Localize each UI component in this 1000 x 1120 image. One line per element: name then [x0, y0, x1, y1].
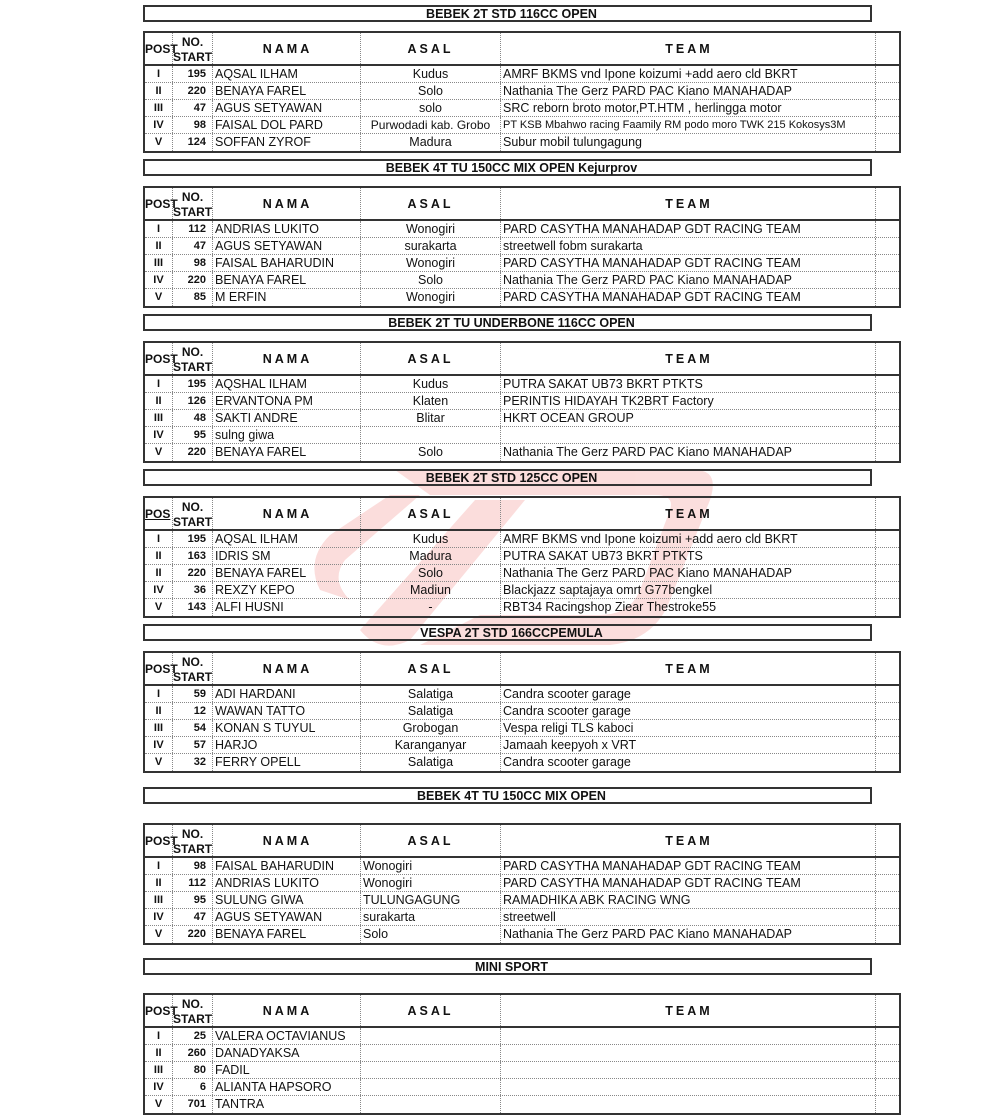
section-title-text: VESPA 2T STD 166CCPEMULA: [420, 626, 603, 640]
team-cell: PERINTIS HIDAYAH TK2BRT Factory: [501, 393, 875, 409]
header-no-start: NO. START: [173, 343, 213, 374]
section-title: BEBEK 4T TU 150CC MIX OPEN: [143, 787, 872, 804]
position-cell: V: [145, 1096, 173, 1113]
team-cell: RBT34 Racingshop Ziear Thestroke55: [501, 599, 875, 616]
position-cell: II: [145, 875, 173, 891]
empty-cell: [875, 565, 899, 581]
section-title: BEBEK 2T STD 116CC OPEN: [143, 5, 872, 22]
header-asal: ASAL: [361, 995, 501, 1026]
header-no-start: NO. START: [173, 825, 213, 856]
position-cell: I: [145, 376, 173, 392]
rider-name-cell: ADI HARDANI: [213, 686, 361, 702]
empty-cell: [875, 255, 899, 271]
origin-cell: [361, 1062, 501, 1078]
result-row: IV 57 HARJO Karanganyar Jamaah keepyoh x…: [145, 737, 899, 754]
results-table: POSTNO. STARTNAMAASALTEAM I 195 AQSHAL I…: [143, 341, 901, 463]
result-row: II 12 WAWAN TATTO Salatiga Candra scoote…: [145, 703, 899, 720]
empty-cell: [875, 427, 899, 443]
result-row: I 195 AQSAL ILHAM Kudus AMRF BKMS vnd Ip…: [145, 531, 899, 548]
rider-name-cell: WAWAN TATTO: [213, 703, 361, 719]
origin-cell: Purwodadi kab. Grobo: [361, 117, 501, 133]
table-header-row: POSTNO. STARTNAMAASALTEAM: [145, 188, 899, 221]
start-number-cell: 112: [173, 221, 213, 237]
header-asal: ASAL: [361, 498, 501, 529]
start-number-cell: 126: [173, 393, 213, 409]
position-cell: V: [145, 926, 173, 943]
result-row: II 220 BENAYA FAREL Solo Nathania The Ge…: [145, 83, 899, 100]
empty-cell: [875, 926, 899, 943]
header-asal: ASAL: [361, 33, 501, 64]
rider-name-cell: AGUS SETYAWAN: [213, 238, 361, 254]
header-asal: ASAL: [361, 653, 501, 684]
header-team: TEAM: [501, 498, 875, 529]
result-row: II 47 AGUS SETYAWAN surakarta streetwell…: [145, 238, 899, 255]
origin-cell: Karanganyar: [361, 737, 501, 753]
origin-cell: Kudus: [361, 376, 501, 392]
rider-name-cell: SAKTI ANDRE: [213, 410, 361, 426]
section-title-text: BEBEK 4T TU 150CC MIX OPEN Kejurprov: [386, 161, 637, 175]
result-row: V 701 TANTRA: [145, 1096, 899, 1113]
header-no-start: NO. START: [173, 995, 213, 1026]
result-row: IV 98 FAISAL DOL PARD Purwodadi kab. Gro…: [145, 117, 899, 134]
team-cell: PARD CASYTHA MANAHADAP GDT RACING TEAM: [501, 255, 875, 271]
start-number-cell: 95: [173, 427, 213, 443]
position-cell: V: [145, 134, 173, 151]
table-header-row: POSTNO. STARTNAMAASALTEAM: [145, 653, 899, 686]
origin-cell: Madura: [361, 134, 501, 151]
rider-name-cell: AGUS SETYAWAN: [213, 909, 361, 925]
start-number-cell: 12: [173, 703, 213, 719]
origin-cell: solo: [361, 100, 501, 116]
header-team: TEAM: [501, 33, 875, 64]
team-cell: Candra scooter garage: [501, 686, 875, 702]
start-number-cell: 98: [173, 117, 213, 133]
start-number-cell: 47: [173, 238, 213, 254]
header-team: TEAM: [501, 188, 875, 219]
empty-cell: [875, 221, 899, 237]
rider-name-cell: ERVANTONA PM: [213, 393, 361, 409]
team-cell: [501, 1096, 875, 1113]
origin-cell: Solo: [361, 565, 501, 581]
rider-name-cell: TANTRA: [213, 1096, 361, 1113]
result-row: II 112 ANDRIAS LUKITO Wonogiri PARD CASY…: [145, 875, 899, 892]
result-row: V 85 M ERFIN Wonogiri PARD CASYTHA MANAH…: [145, 289, 899, 306]
results-table: POSTNO. STARTNAMAASALTEAM I 112 ANDRIAS …: [143, 186, 901, 308]
rider-name-cell: BENAYA FAREL: [213, 272, 361, 288]
team-cell: Nathania The Gerz PARD PAC Kiano MANAHAD…: [501, 926, 875, 943]
rider-name-cell: FAISAL DOL PARD: [213, 117, 361, 133]
origin-cell: Solo: [361, 272, 501, 288]
empty-cell: [875, 892, 899, 908]
team-cell: Nathania The Gerz PARD PAC Kiano MANAHAD…: [501, 565, 875, 581]
result-row: IV 220 BENAYA FAREL Solo Nathania The Ge…: [145, 272, 899, 289]
rider-name-cell: ALFI HUSNI: [213, 599, 361, 616]
team-cell: [501, 1028, 875, 1044]
rider-name-cell: ANDRIAS LUKITO: [213, 875, 361, 891]
section-title: BEBEK 4T TU 150CC MIX OPEN Kejurprov: [143, 159, 872, 176]
team-cell: Vespa religi TLS kaboci: [501, 720, 875, 736]
result-row: IV 95 sulng giwa: [145, 427, 899, 444]
position-cell: II: [145, 1045, 173, 1061]
team-cell: streetwell fobm surakarta: [501, 238, 875, 254]
team-cell: PARD CASYTHA MANAHADAP GDT RACING TEAM: [501, 289, 875, 306]
rider-name-cell: sulng giwa: [213, 427, 361, 443]
origin-cell: [361, 1045, 501, 1061]
origin-cell: Wonogiri: [361, 875, 501, 891]
header-empty-cell: [875, 653, 899, 684]
empty-cell: [875, 100, 899, 116]
header-pos: POST: [145, 825, 173, 856]
team-cell: AMRF BKMS vnd Ipone koizumi +add aero cl…: [501, 66, 875, 82]
team-cell: [501, 427, 875, 443]
start-number-cell: 36: [173, 582, 213, 598]
rider-name-cell: FAISAL BAHARUDIN: [213, 255, 361, 271]
start-number-cell: 195: [173, 531, 213, 547]
empty-cell: [875, 703, 899, 719]
table-header-row: POSNO. STARTNAMAASALTEAM: [145, 498, 899, 531]
origin-cell: Salatiga: [361, 686, 501, 702]
team-cell: HKRT OCEAN GROUP: [501, 410, 875, 426]
empty-cell: [875, 1079, 899, 1095]
rider-name-cell: AQSAL ILHAM: [213, 66, 361, 82]
position-cell: V: [145, 289, 173, 306]
rider-name-cell: AQSAL ILHAM: [213, 531, 361, 547]
team-cell: Candra scooter garage: [501, 754, 875, 771]
rider-name-cell: AQSHAL ILHAM: [213, 376, 361, 392]
team-cell: PUTRA SAKAT UB73 BKRT PTKTS: [501, 376, 875, 392]
header-nama: NAMA: [213, 498, 361, 529]
empty-cell: [875, 531, 899, 547]
rider-name-cell: KONAN S TUYUL: [213, 720, 361, 736]
header-team: TEAM: [501, 995, 875, 1026]
header-empty-cell: [875, 343, 899, 374]
header-empty-cell: [875, 188, 899, 219]
origin-cell: Solo: [361, 444, 501, 461]
origin-cell: TULUNGAGUNG: [361, 892, 501, 908]
result-row: IV 36 REXZY KEPO Madiun Blackjazz saptaj…: [145, 582, 899, 599]
origin-cell: [361, 1079, 501, 1095]
empty-cell: [875, 582, 899, 598]
origin-cell: Kudus: [361, 531, 501, 547]
header-team: TEAM: [501, 343, 875, 374]
header-nama: NAMA: [213, 188, 361, 219]
header-empty-cell: [875, 995, 899, 1026]
header-pos: POST: [145, 33, 173, 64]
header-nama: NAMA: [213, 33, 361, 64]
empty-cell: [875, 393, 899, 409]
team-cell: [501, 1045, 875, 1061]
rider-name-cell: BENAYA FAREL: [213, 83, 361, 99]
start-number-cell: 220: [173, 926, 213, 943]
origin-cell: surakarta: [361, 909, 501, 925]
team-cell: PARD CASYTHA MANAHADAP GDT RACING TEAM: [501, 875, 875, 891]
team-cell: PT KSB Mbahwo racing Faamily RM podo mor…: [501, 117, 875, 133]
team-cell: Nathania The Gerz PARD PAC Kiano MANAHAD…: [501, 444, 875, 461]
result-row: V 124 SOFFAN ZYROF Madura Subur mobil tu…: [145, 134, 899, 151]
origin-cell: [361, 1028, 501, 1044]
rider-name-cell: DANADYAKSA: [213, 1045, 361, 1061]
empty-cell: [875, 117, 899, 133]
team-cell: [501, 1062, 875, 1078]
result-row: II 126 ERVANTONA PM Klaten PERINTIS HIDA…: [145, 393, 899, 410]
results-sheet: BEBEK 2T STD 116CC OPENPOSTNO. STARTNAMA…: [0, 0, 1000, 1120]
position-cell: III: [145, 410, 173, 426]
rider-name-cell: BENAYA FAREL: [213, 926, 361, 943]
origin-cell: Salatiga: [361, 754, 501, 771]
position-cell: V: [145, 444, 173, 461]
start-number-cell: 260: [173, 1045, 213, 1061]
position-cell: I: [145, 858, 173, 874]
position-cell: IV: [145, 737, 173, 753]
results-table: POSTNO. STARTNAMAASALTEAM I 25 VALERA OC…: [143, 993, 901, 1115]
rider-name-cell: SOFFAN ZYROF: [213, 134, 361, 151]
empty-cell: [875, 858, 899, 874]
header-asal: ASAL: [361, 825, 501, 856]
team-cell: PUTRA SAKAT UB73 BKRT PTKTS: [501, 548, 875, 564]
start-number-cell: 112: [173, 875, 213, 891]
start-number-cell: 98: [173, 255, 213, 271]
result-row: III 48 SAKTI ANDRE Blitar HKRT OCEAN GRO…: [145, 410, 899, 427]
table-header-row: POSTNO. STARTNAMAASALTEAM: [145, 825, 899, 858]
origin-cell: Wonogiri: [361, 255, 501, 271]
position-cell: I: [145, 221, 173, 237]
start-number-cell: 80: [173, 1062, 213, 1078]
result-row: I 59 ADI HARDANI Salatiga Candra scooter…: [145, 686, 899, 703]
origin-cell: Wonogiri: [361, 221, 501, 237]
position-cell: IV: [145, 427, 173, 443]
position-cell: III: [145, 255, 173, 271]
start-number-cell: 25: [173, 1028, 213, 1044]
results-table: POSTNO. STARTNAMAASALTEAM I 98 FAISAL BA…: [143, 823, 901, 945]
team-cell: Nathania The Gerz PARD PAC Kiano MANAHAD…: [501, 83, 875, 99]
rider-name-cell: ALIANTA HAPSORO: [213, 1079, 361, 1095]
position-cell: IV: [145, 582, 173, 598]
empty-cell: [875, 1062, 899, 1078]
origin-cell: Salatiga: [361, 703, 501, 719]
result-row: I 25 VALERA OCTAVIANUS: [145, 1028, 899, 1045]
position-cell: II: [145, 548, 173, 564]
rider-name-cell: FADIL: [213, 1062, 361, 1078]
header-pos: POST: [145, 653, 173, 684]
header-pos: POST: [145, 188, 173, 219]
empty-cell: [875, 1096, 899, 1113]
rider-name-cell: AGUS SETYAWAN: [213, 100, 361, 116]
position-cell: IV: [145, 909, 173, 925]
position-cell: I: [145, 531, 173, 547]
header-no-start: NO. START: [173, 498, 213, 529]
team-cell: PARD CASYTHA MANAHADAP GDT RACING TEAM: [501, 221, 875, 237]
result-row: IV 47 AGUS SETYAWAN surakarta streetwell: [145, 909, 899, 926]
origin-cell: [361, 427, 501, 443]
header-pos: POST: [145, 995, 173, 1026]
start-number-cell: 54: [173, 720, 213, 736]
result-row: V 220 BENAYA FAREL Solo Nathania The Ger…: [145, 444, 899, 461]
start-number-cell: 47: [173, 100, 213, 116]
result-row: III 98 FAISAL BAHARUDIN Wonogiri PARD CA…: [145, 255, 899, 272]
start-number-cell: 6: [173, 1079, 213, 1095]
section-title: VESPA 2T STD 166CCPEMULA: [143, 624, 872, 641]
rider-name-cell: SULUNG GIWA: [213, 892, 361, 908]
start-number-cell: 220: [173, 272, 213, 288]
start-number-cell: 195: [173, 376, 213, 392]
position-cell: II: [145, 238, 173, 254]
origin-cell: Madura: [361, 548, 501, 564]
start-number-cell: 85: [173, 289, 213, 306]
team-cell: Candra scooter garage: [501, 703, 875, 719]
start-number-cell: 701: [173, 1096, 213, 1113]
origin-cell: Grobogan: [361, 720, 501, 736]
empty-cell: [875, 875, 899, 891]
empty-cell: [875, 83, 899, 99]
result-row: II 220 BENAYA FAREL Solo Nathania The Ge…: [145, 565, 899, 582]
start-number-cell: 47: [173, 909, 213, 925]
team-cell: Jamaah keepyoh x VRT: [501, 737, 875, 753]
position-cell: IV: [145, 1079, 173, 1095]
result-row: III 54 KONAN S TUYUL Grobogan Vespa reli…: [145, 720, 899, 737]
start-number-cell: 98: [173, 858, 213, 874]
header-team: TEAM: [501, 825, 875, 856]
empty-cell: [875, 289, 899, 306]
header-asal: ASAL: [361, 188, 501, 219]
origin-cell: Solo: [361, 926, 501, 943]
start-number-cell: 220: [173, 83, 213, 99]
result-row: I 112 ANDRIAS LUKITO Wonogiri PARD CASYT…: [145, 221, 899, 238]
result-row: I 195 AQSHAL ILHAM Kudus PUTRA SAKAT UB7…: [145, 376, 899, 393]
position-cell: III: [145, 100, 173, 116]
empty-cell: [875, 754, 899, 771]
header-no-start: NO. START: [173, 33, 213, 64]
position-cell: I: [145, 686, 173, 702]
result-row: V 32 FERRY OPELL Salatiga Candra scooter…: [145, 754, 899, 771]
section-title: BEBEK 2T STD 125CC OPEN: [143, 469, 872, 486]
origin-cell: Madiun: [361, 582, 501, 598]
header-nama: NAMA: [213, 995, 361, 1026]
team-cell: PARD CASYTHA MANAHADAP GDT RACING TEAM: [501, 858, 875, 874]
team-cell: AMRF BKMS vnd Ipone koizumi +add aero cl…: [501, 531, 875, 547]
position-cell: I: [145, 66, 173, 82]
rider-name-cell: M ERFIN: [213, 289, 361, 306]
team-cell: RAMADHIKA ABK RACING WNG: [501, 892, 875, 908]
table-header-row: POSTNO. STARTNAMAASALTEAM: [145, 343, 899, 376]
empty-cell: [875, 238, 899, 254]
start-number-cell: 32: [173, 754, 213, 771]
empty-cell: [875, 410, 899, 426]
position-cell: II: [145, 83, 173, 99]
result-row: II 163 IDRIS SM Madura PUTRA SAKAT UB73 …: [145, 548, 899, 565]
start-number-cell: 57: [173, 737, 213, 753]
section-title-text: BEBEK 2T STD 116CC OPEN: [426, 7, 597, 21]
start-number-cell: 48: [173, 410, 213, 426]
header-nama: NAMA: [213, 343, 361, 374]
position-cell: I: [145, 1028, 173, 1044]
origin-cell: Blitar: [361, 410, 501, 426]
empty-cell: [875, 720, 899, 736]
rider-name-cell: VALERA OCTAVIANUS: [213, 1028, 361, 1044]
start-number-cell: 124: [173, 134, 213, 151]
result-row: III 47 AGUS SETYAWAN solo SRC reborn bro…: [145, 100, 899, 117]
start-number-cell: 163: [173, 548, 213, 564]
header-no-start: NO. START: [173, 188, 213, 219]
origin-cell: Solo: [361, 83, 501, 99]
result-row: V 220 BENAYA FAREL Solo Nathania The Ger…: [145, 926, 899, 943]
start-number-cell: 95: [173, 892, 213, 908]
origin-cell: Klaten: [361, 393, 501, 409]
team-cell: streetwell: [501, 909, 875, 925]
empty-cell: [875, 66, 899, 82]
header-pos: POS: [145, 498, 173, 529]
position-cell: III: [145, 1062, 173, 1078]
empty-cell: [875, 686, 899, 702]
empty-cell: [875, 1028, 899, 1044]
section-title: MINI SPORT: [143, 958, 872, 975]
empty-cell: [875, 1045, 899, 1061]
header-asal: ASAL: [361, 343, 501, 374]
position-cell: III: [145, 892, 173, 908]
start-number-cell: 143: [173, 599, 213, 616]
position-cell: III: [145, 720, 173, 736]
header-nama: NAMA: [213, 825, 361, 856]
start-number-cell: 220: [173, 565, 213, 581]
team-cell: Subur mobil tulungagung: [501, 134, 875, 151]
empty-cell: [875, 376, 899, 392]
position-cell: II: [145, 703, 173, 719]
results-table: POSNO. STARTNAMAASALTEAM I 195 AQSAL ILH…: [143, 496, 901, 618]
rider-name-cell: ANDRIAS LUKITO: [213, 221, 361, 237]
origin-cell: -: [361, 599, 501, 616]
origin-cell: [361, 1096, 501, 1113]
header-empty-cell: [875, 825, 899, 856]
results-table: POSTNO. STARTNAMAASALTEAM I 195 AQSAL IL…: [143, 31, 901, 153]
position-cell: IV: [145, 272, 173, 288]
empty-cell: [875, 134, 899, 151]
empty-cell: [875, 444, 899, 461]
section-title-text: MINI SPORT: [475, 960, 548, 974]
section-title: BEBEK 2T TU UNDERBONE 116CC OPEN: [143, 314, 872, 331]
empty-cell: [875, 909, 899, 925]
origin-cell: Wonogiri: [361, 289, 501, 306]
team-cell: SRC reborn broto motor,PT.HTM , herlingg…: [501, 100, 875, 116]
empty-cell: [875, 737, 899, 753]
header-empty-cell: [875, 498, 899, 529]
start-number-cell: 220: [173, 444, 213, 461]
section-title-text: BEBEK 2T STD 125CC OPEN: [426, 471, 598, 485]
result-row: V 143 ALFI HUSNI - RBT34 Racingshop Ziea…: [145, 599, 899, 616]
rider-name-cell: BENAYA FAREL: [213, 444, 361, 461]
origin-cell: surakarta: [361, 238, 501, 254]
section-title-text: BEBEK 2T TU UNDERBONE 116CC OPEN: [388, 316, 635, 330]
header-nama: NAMA: [213, 653, 361, 684]
table-header-row: POSTNO. STARTNAMAASALTEAM: [145, 995, 899, 1028]
rider-name-cell: HARJO: [213, 737, 361, 753]
header-no-start: NO. START: [173, 653, 213, 684]
header-team: TEAM: [501, 653, 875, 684]
empty-cell: [875, 272, 899, 288]
rider-name-cell: FAISAL BAHARUDIN: [213, 858, 361, 874]
position-cell: IV: [145, 117, 173, 133]
origin-cell: Kudus: [361, 66, 501, 82]
team-cell: [501, 1079, 875, 1095]
table-header-row: POSTNO. STARTNAMAASALTEAM: [145, 33, 899, 66]
result-row: I 195 AQSAL ILHAM Kudus AMRF BKMS vnd Ip…: [145, 66, 899, 83]
team-cell: Nathania The Gerz PARD PAC Kiano MANAHAD…: [501, 272, 875, 288]
rider-name-cell: IDRIS SM: [213, 548, 361, 564]
header-pos: POST: [145, 343, 173, 374]
start-number-cell: 195: [173, 66, 213, 82]
position-cell: II: [145, 393, 173, 409]
result-row: III 95 SULUNG GIWA TULUNGAGUNG RAMADHIKA…: [145, 892, 899, 909]
position-cell: II: [145, 565, 173, 581]
empty-cell: [875, 548, 899, 564]
